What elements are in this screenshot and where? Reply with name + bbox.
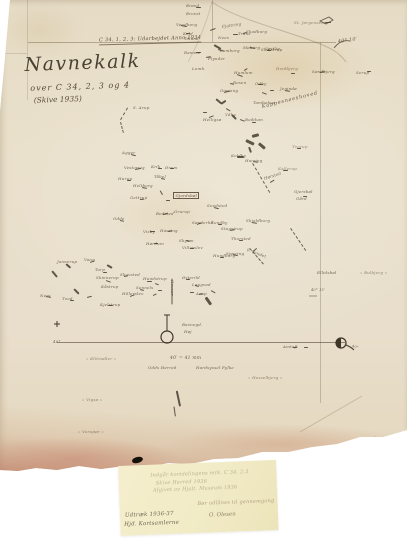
place-label: Møborg <box>243 45 260 50</box>
note-ink-line: Udtræk 1936-37 <box>125 511 174 519</box>
place-label: Brønd <box>186 3 199 8</box>
place-label: « Bulbjerg » <box>360 270 387 275</box>
place-label: Fjaltring <box>222 21 242 29</box>
place-label: Skyum <box>179 238 194 243</box>
map-title: Navnekalk <box>24 50 141 76</box>
place-label: Amtoft <box>283 344 298 349</box>
place-label: Gård <box>296 196 307 201</box>
dashed-survey-line <box>120 107 128 120</box>
place-label: Snedsted <box>207 203 227 208</box>
place-label: Boddum <box>245 117 263 122</box>
place-label: Hillerslev <box>122 291 144 296</box>
place-label: « Vigsø » <box>82 397 102 402</box>
place-label: Skovsted <box>120 272 140 277</box>
title-block: Navnekalk over C 34, 2, 3 og 4 (Skive 19… <box>24 50 142 105</box>
coastline-path <box>212 2 346 62</box>
place-label: Gettrup <box>130 195 147 200</box>
place-label: Koldby <box>231 153 246 158</box>
place-mark <box>270 180 275 184</box>
place-label: Østerild <box>182 275 200 280</box>
map-sheet: C 34, 1, 2, 3: Udarbejdet Anno 1934 Navn… <box>0 0 407 478</box>
attached-note: Indgår kortdelingens mrk. C 34. 2.3 Skiv… <box>118 460 279 536</box>
place-mark <box>65 263 71 268</box>
place-label: Skalstrup <box>261 47 282 52</box>
place-label: Helligsø <box>203 117 221 122</box>
place-label: « Vorupør » <box>78 429 104 434</box>
place-label: 40′ = 41 mm <box>170 356 201 361</box>
place-label: Gimsing <box>220 88 238 93</box>
place-mark <box>73 288 79 294</box>
place-label: Tved <box>62 296 73 301</box>
place-label: St. Jørgensens <box>294 20 326 25</box>
place-label: 40° <box>351 344 359 350</box>
place-mark <box>291 73 295 74</box>
sheet-number-mark <box>374 436 390 441</box>
place-mark <box>245 139 254 145</box>
place-label: Nees <box>218 35 229 40</box>
place-mark <box>304 347 308 348</box>
place-mark <box>262 92 267 95</box>
place-label: Grurup <box>174 209 190 214</box>
place-label: Skjoldborg <box>246 218 270 223</box>
place-label: Heltborg <box>133 183 153 188</box>
place-label: Torp <box>95 267 105 272</box>
place-label: Vandborg <box>176 22 197 27</box>
place-label: Flynder <box>208 56 225 61</box>
place-label: Sundby <box>211 220 227 225</box>
dashed-survey-line <box>120 122 124 133</box>
place-label: Langvad <box>192 282 211 287</box>
place-label: Stagstrup <box>221 226 243 231</box>
note-pencil-line: Indgår kortdelingens mrk. C 34. 2.3 <box>150 469 249 479</box>
place-label: Arup <box>196 291 207 296</box>
place-mark <box>252 133 259 137</box>
coordinate-cross-icon <box>54 321 60 327</box>
place-label: Skinnerup <box>96 275 119 280</box>
place-label: Hurup <box>118 176 132 181</box>
place-label: Lomborg <box>220 48 240 53</box>
graticule-tick-left <box>0 53 27 54</box>
place-mark <box>87 296 92 298</box>
place-label: Serup <box>356 70 369 75</box>
place-label: Ellidsbøl <box>317 270 336 275</box>
place-label: Kallerup <box>278 166 297 171</box>
place-label: Hardsyssel Fylke <box>196 365 234 370</box>
place-label: Hundborg <box>213 253 235 258</box>
place-label: Toland <box>184 36 199 41</box>
place-label: Lomb. <box>192 66 206 71</box>
place-label: Sennels <box>136 285 153 290</box>
place-label: Tvorup <box>292 144 308 149</box>
place-mark <box>51 270 58 277</box>
place-mark <box>258 142 266 149</box>
place-label: Hørdum <box>146 241 164 246</box>
place-mark <box>248 147 252 153</box>
place-label: Agger <box>122 150 135 155</box>
place-label: 40° 10′ <box>338 36 358 45</box>
place-label: Vang <box>84 257 95 262</box>
place-label: Hovsør <box>170 280 175 296</box>
place-label: Ørum <box>165 165 177 170</box>
place-mark <box>147 281 152 282</box>
place-label: Skodborg <box>246 29 267 34</box>
place-label: Gjersbøl <box>294 189 313 194</box>
place-label: Harring <box>245 158 263 163</box>
place-mark <box>107 264 113 269</box>
note-pencil-line: Bør udlånes til gennemgang <box>197 498 274 507</box>
place-label: Brovst <box>186 11 200 16</box>
place-mark <box>106 280 111 283</box>
place-label: Gjordsbøl <box>173 192 199 199</box>
place-label: Jannerup <box>57 259 77 264</box>
place-mark <box>166 200 170 201</box>
note-signature: O. Olesen <box>209 512 236 519</box>
place-label: Søndbjerg <box>312 69 335 74</box>
place-label: « Hesselbjerg » <box>248 375 283 380</box>
place-mark <box>220 100 226 105</box>
place-label: Visby <box>143 229 155 234</box>
place-label: Bavnegd. <box>182 322 203 327</box>
place-mark <box>153 293 157 296</box>
place-label: Odde <box>113 216 125 221</box>
dashed-survey-line <box>290 228 306 251</box>
place-label: 40° <box>53 339 61 344</box>
place-label: Krik <box>151 164 160 169</box>
place-label: Høj <box>184 329 192 334</box>
place-label: Humlum <box>234 70 253 75</box>
place-label: 40° 15′ <box>311 288 325 292</box>
place-label: Hundstrup <box>143 276 167 281</box>
map-edition: (Skive 1935) <box>34 92 142 105</box>
place-label: S. Arup <box>133 105 149 110</box>
place-label: Vestervig <box>124 165 145 170</box>
place-label: Ramme <box>184 50 200 55</box>
place-label: « Klitmøller » <box>86 356 116 361</box>
place-label: Thorsted <box>231 236 251 241</box>
place-label: Nors <box>40 293 51 298</box>
place-mark <box>205 297 212 306</box>
map-subtitle: over C 34, 2, 3 og 4 <box>30 80 141 93</box>
place-mark <box>159 190 163 195</box>
place-label: Hvidbjerg <box>276 66 298 71</box>
survey-baseline <box>57 342 345 343</box>
place-label: Resen <box>233 80 246 85</box>
place-label: Bedsted <box>156 211 174 216</box>
place-label: Jegindø <box>280 86 297 91</box>
place-label: Odby <box>255 81 266 86</box>
graticule-line-right <box>320 42 321 403</box>
place-mark <box>155 283 159 285</box>
place-mark <box>252 122 256 123</box>
station-symbol-open <box>161 315 173 343</box>
note-ink-line: Hjd. Kortsamlerne <box>124 520 179 528</box>
place-label: Villerslev <box>182 245 203 250</box>
place-label: Tåbel <box>154 174 166 179</box>
place-mark <box>190 292 194 293</box>
place-mark <box>203 112 207 113</box>
place-label: Sønderhå <box>192 220 213 225</box>
place-label: Hassing <box>160 228 178 233</box>
place-label: Kjelstrup <box>100 302 120 307</box>
place-mark <box>103 272 107 273</box>
place-mark <box>270 90 274 91</box>
place-mark <box>158 290 162 291</box>
place-label: Odds Herred <box>148 365 177 370</box>
place-label: Kåstrup <box>101 284 118 289</box>
place-mark <box>211 290 216 294</box>
scanned-map-page: C 34, 1, 2, 3: Udarbejdet Anno 1934 Navn… <box>0 0 407 541</box>
place-label: Ydby <box>225 112 236 117</box>
graticule-line-top-center <box>212 0 213 42</box>
